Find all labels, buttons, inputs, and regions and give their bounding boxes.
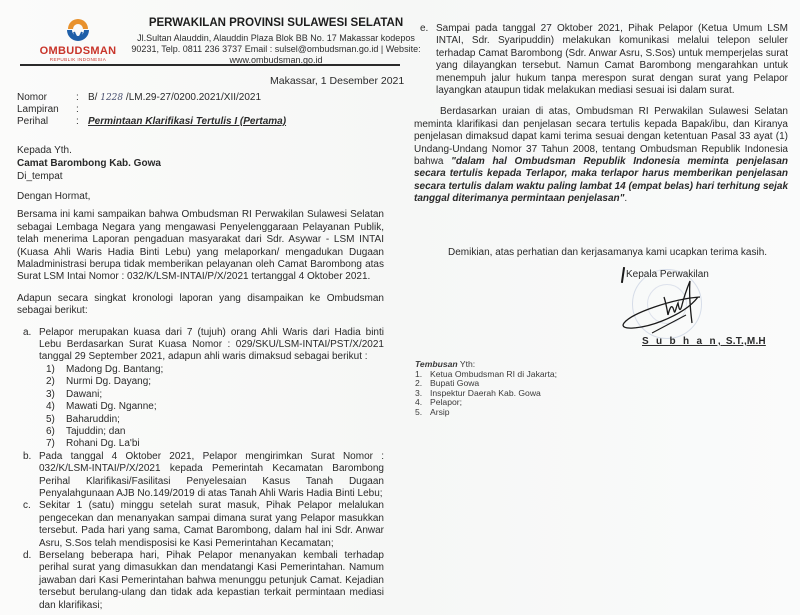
signature-block: Kepala Perwakilan S u b h a n, S.T.,M.H [612, 263, 792, 353]
chronology-item: b. Pada tanggal 4 Oktober 2021, Pelapor … [17, 451, 384, 501]
closing-sentence: Demikian, atas perhatian dan kerjasamany… [448, 247, 767, 258]
cc-item: 5.Arsip [415, 408, 557, 418]
heir-number: 4) [39, 401, 66, 413]
address-line: 90231, Telp. 0811 236 3737 Email : sulse… [126, 44, 426, 55]
perihal-label: Perihal [17, 116, 76, 128]
chronology-item: d. Berselang beberapa hari, Pihak Pelapo… [17, 550, 384, 612]
heir-item: 4)Mawati Dg. Nganne; [39, 401, 384, 413]
signatory-name: S u b h a n, S.T.,M.H [642, 336, 766, 347]
heir-number: 1) [39, 364, 66, 376]
heir-number: 3) [39, 389, 66, 401]
heir-number: 6) [39, 426, 66, 438]
legal-quote: "dalam hal Ombudsman Republik Indonesia … [414, 156, 788, 204]
cc-text: Arsip [430, 408, 450, 418]
heir-number: 2) [39, 376, 66, 388]
intro-paragraph: Bersama ini kami sampaikan bahwa Ombudsm… [17, 209, 384, 283]
organization-address: Jl.Sultan Alauddin, Alauddin Plaza Blok … [126, 33, 426, 66]
cc-list: 1.Ketua Ombudsman RI di Jakarta; 2.Bupat… [415, 370, 557, 418]
logo-subtitle: REPUBLIK INDONESIA [38, 57, 118, 62]
letter-meta: Nomor : B/ 1228 /LM.29-27/0200.2021/XII/… [17, 92, 286, 128]
heir-name: Baharuddin; [66, 414, 120, 426]
ombudsman-emblem-icon [62, 12, 94, 44]
heir-item: 6)Tajuddin; dan [39, 426, 384, 438]
item-text: Berselang beberapa hari, Pihak Pelapor m… [39, 550, 384, 612]
nomor-prefix: B/ [88, 92, 97, 103]
item-marker: d. [17, 550, 39, 612]
letter-body-right: e. Sampai pada tanggal 27 Oktober 2021, … [414, 23, 788, 206]
perihal-value: Permintaan Klarifikasi Tertulis I (Perta… [88, 116, 286, 128]
separator: : [76, 116, 88, 128]
heir-name: Mawati Dg. Nganne; [66, 401, 157, 413]
heir-item: 2)Nurmi Dg. Dayang; [39, 376, 384, 388]
item-text: Sekitar 1 (satu) minggu setelah surat ma… [39, 500, 384, 550]
logo-name: OMBUDSMAN [38, 45, 118, 57]
chronology-item: e. Sampai pada tanggal 27 Oktober 2021, … [414, 23, 788, 97]
separator: : [76, 104, 88, 116]
heirs-list: 1)Madong Dg. Bantang; 2)Nurmi Dg. Dayang… [39, 364, 384, 451]
nomor-label: Nomor [17, 92, 76, 104]
heir-name: Tajuddin; dan [66, 426, 126, 438]
address-line: Jl.Sultan Alauddin, Alauddin Plaza Blok … [126, 33, 426, 44]
meta-lampiran: Lampiran : [17, 104, 286, 116]
item-marker: b. [17, 451, 39, 501]
separator: : [76, 92, 88, 104]
heir-name: Rohani Dg. La'bi [66, 438, 140, 450]
letterhead: OMBUDSMAN REPUBLIK INDONESIA PERWAKILAN … [20, 6, 404, 66]
chronology-list-continued: e. Sampai pada tanggal 27 Oktober 2021, … [414, 23, 788, 97]
signatory-degree: S.T.,M.H [723, 336, 766, 347]
chronology-item: a. Pelapor merupakan kuasa dari 7 (tujuh… [17, 327, 384, 451]
letter-body-left: Dengan Hormat, Bersama ini kami sampaika… [17, 191, 384, 612]
recipient-place: Di_tempat [17, 170, 161, 183]
heir-item: 1)Madong Dg. Bantang; [39, 364, 384, 376]
lampiran-label: Lampiran [17, 104, 76, 116]
chronology-item: c. Sekitar 1 (satu) minggu setelah surat… [17, 500, 384, 550]
letterhead-divider [20, 64, 400, 66]
heir-item: 7)Rohani Dg. La'bi [39, 438, 384, 450]
heir-name: Nurmi Dg. Dayang; [66, 376, 151, 388]
recipient-name: Camat Barombong Kab. Gowa [17, 157, 161, 170]
heir-name: Dawani; [66, 389, 102, 401]
item-marker: a. [17, 327, 39, 451]
cc-title-italic: Tembusan [415, 359, 458, 369]
signatory-name-main: S u b h a n, [642, 336, 723, 347]
nomor-suffix: /LM.29-27/0200.2021/XII/2021 [126, 92, 261, 103]
heir-item: 3)Dawani; [39, 389, 384, 401]
chronology-list: a. Pelapor merupakan kuasa dari 7 (tujuh… [17, 327, 384, 612]
recipient-greeting: Kepada Yth. [17, 144, 161, 157]
item-text: Pada tanggal 4 Oktober 2021, Pelapor men… [39, 451, 384, 501]
meta-perihal: Perihal : Permintaan Klarifikasi Tertuli… [17, 116, 286, 128]
item-marker: c. [17, 500, 39, 550]
heir-item: 5)Baharuddin; [39, 414, 384, 426]
salutation: Dengan Hormat, [17, 191, 384, 203]
meta-nomor: Nomor : B/ 1228 /LM.29-27/0200.2021/XII/… [17, 92, 286, 104]
carbon-copy-block: Tembusan Yth: 1.Ketua Ombudsman RI di Ja… [415, 360, 557, 418]
cc-title-rest: Yth: [458, 359, 476, 369]
letter-date: Makassar, 1 Desember 2021 [270, 75, 404, 87]
heir-number: 5) [39, 414, 66, 426]
ombudsman-logo: OMBUDSMAN REPUBLIK INDONESIA [38, 12, 116, 66]
nomor-handwritten: 1228 [100, 93, 123, 103]
nomor-value: B/ 1228 /LM.29-27/0200.2021/XII/2021 [88, 92, 261, 104]
item-text: Sampai pada tanggal 27 Oktober 2021, Pih… [436, 23, 788, 97]
heir-number: 7) [39, 438, 66, 450]
request-end: . [624, 193, 627, 204]
item-marker: e. [414, 23, 436, 97]
heir-name: Madong Dg. Bantang; [66, 364, 163, 376]
cc-number: 5. [415, 408, 430, 418]
letter-page: OMBUDSMAN REPUBLIK INDONESIA PERWAKILAN … [0, 0, 800, 615]
request-paragraph: Berdasarkan uraian di atas, Ombudsman RI… [414, 106, 788, 205]
organization-title: PERWAKILAN PROVINSI SULAWESI SELATAN [136, 17, 416, 29]
chronology-intro: Adapun secara singkat kronologi laporan … [17, 293, 384, 318]
item-text: Pelapor merupakan kuasa dari 7 (tujuh) o… [39, 327, 384, 364]
recipient-block: Kepada Yth. Camat Barombong Kab. Gowa Di… [17, 144, 161, 183]
